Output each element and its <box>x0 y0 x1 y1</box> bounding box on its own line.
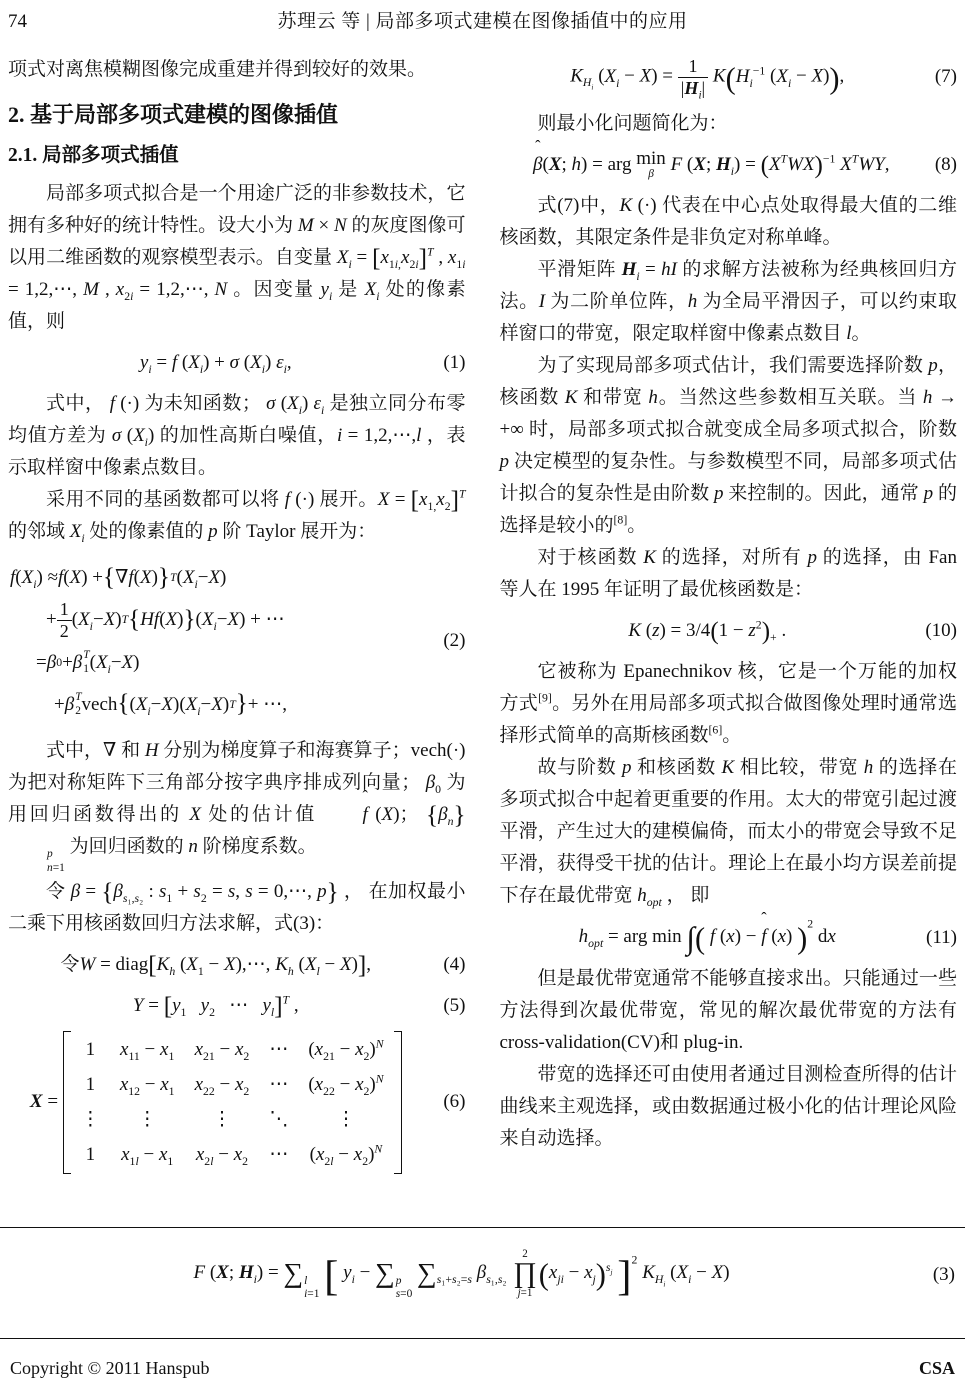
equation-4-number: (4) <box>424 949 466 981</box>
equation-2-line1: f (Xi) ≈ f (X) + {∇f (X)}T (Xi − X) <box>8 557 424 599</box>
footer-rule <box>0 1338 965 1339</box>
paragraph: 局部多项式拟合是一个用途广泛的非参数技术，它拥有多种好的统计特性。设大小为 M … <box>8 178 466 338</box>
matrix-cell: (x22 − x2)N <box>308 1074 383 1096</box>
matrix-cell: ⋯ <box>269 1074 288 1096</box>
equation-3: F (X; Hi) = ∑li=1 [ yi − ∑ps=0 ∑s₁+s₂=s … <box>0 1248 965 1302</box>
two-column-body: 项式对离焦模糊图像完成重建并得到较好的效果。 2. 基于局部多项式建模的图像插值… <box>0 50 965 1183</box>
matrix-right-bracket <box>394 1031 402 1174</box>
paragraph-continuation: 项式对离焦模糊图像完成重建并得到较好的效果。 <box>8 54 466 86</box>
equation-6-number: (6) <box>424 1086 466 1118</box>
bottom-section-rule <box>0 1227 965 1228</box>
equation-5-body: Y = [y1 y2 ⋯ yl]T , <box>8 990 424 1022</box>
equation-2: f (Xi) ≈ f (X) + {∇f (X)}T (Xi − X) + 12… <box>8 557 466 726</box>
paragraph: 它被称为 Epanechnikov 核，它是一个万能的加权方式[9]。另外在用局… <box>500 656 958 752</box>
matrix-cell: ⋮ <box>138 1109 157 1131</box>
equation-1-body: yi = f (Xi) + σ (Xi) εi, <box>8 347 424 379</box>
equation-2-line2: + 12(Xi − X)T {Hf (X)}(Xi − X) + ⋯ <box>8 599 424 642</box>
matrix-cell: 1 <box>86 1039 96 1061</box>
footer: Copyright © 2011 Hanspub CSA <box>0 1352 965 1384</box>
paragraph: 采用不同的基函数都可以将 f (·) 展开。X = [x1,x2]T 的邻域 X… <box>8 484 466 548</box>
equation-11: hopt = arg min ∫( f (x) − ˆf (x) )2 dx (… <box>500 921 958 954</box>
paragraph: 带宽的选择还可由使用者通过目测检查所得的估计曲线来主观选择，或由数据通过极小化的… <box>500 1059 958 1155</box>
matrix-cell: ⋱ <box>269 1109 288 1131</box>
equation-7-number: (7) <box>915 61 957 93</box>
paragraph: 则最小化问题简化为： <box>500 108 958 140</box>
equation-2-line3: =β0 + βT1 (Xi − X) <box>8 642 424 684</box>
equation-8-number: (8) <box>923 149 957 181</box>
equation-8: ˆβ(X; h) = arg minβ F (X; Hi) = (XTWX)−1… <box>500 149 958 181</box>
equation-7: KHi (Xi − X) = 1|Hi| K(Hi−1 (Xi − X)), (… <box>500 56 958 99</box>
paragraph: 平滑矩阵 Hi = hI 的求解方法被称为经典核回归方法。I 为二阶单位阵，h … <box>500 254 958 350</box>
matrix-cell: (x21 − x2)N <box>308 1039 383 1061</box>
matrix-cell: ⋯ <box>269 1039 288 1061</box>
matrix-cell: ⋯ <box>269 1144 288 1166</box>
equation-1: yi = f (Xi) + σ (Xi) εi, (1) <box>8 347 466 379</box>
equation-7-body: KHi (Xi − X) = 1|Hi| K(Hi−1 (Xi − X)), <box>500 56 916 99</box>
equation-10-number: (10) <box>915 615 957 647</box>
running-title: 苏理云 等 | 局部多项式建模在图像插值中的应用 <box>0 6 965 38</box>
equation-5-number: (5) <box>424 990 466 1022</box>
equation-2-body: f (Xi) ≈ f (X) + {∇f (X)}T (Xi − X) + 12… <box>8 557 424 726</box>
paragraph: 式中， f (·) 为未知函数； σ (Xi) εi 是独立同分布零均值方差为 … <box>8 388 466 484</box>
page-number: 74 <box>8 6 27 38</box>
matrix-cell: (x2l − x2)N <box>310 1144 383 1166</box>
equation-6-body: X = 1x11 − x1x21 − x2⋯(x21 − x2)N1x12 − … <box>8 1031 424 1174</box>
equation-2-number: (2) <box>424 625 466 657</box>
equation-5: Y = [y1 y2 ⋯ yl]T , (5) <box>8 990 466 1022</box>
equation-6-lhs: X = <box>30 1090 58 1111</box>
matrix-cell: x22 − x2 <box>195 1074 250 1096</box>
matrix-cell: 1 <box>86 1074 96 1096</box>
left-column: 项式对离焦模糊图像完成重建并得到较好的效果。 2. 基于局部多项式建模的图像插值… <box>8 54 466 1183</box>
equation-3-body: F (X; Hi) = ∑li=1 [ yi − ∑ps=0 ∑s₁+s₂=s … <box>10 1248 913 1302</box>
equation-4: 令W = diag[Kh (X1 − X),⋯, Kh (Xl − X)], (… <box>8 949 466 981</box>
paper-page: 74 苏理云 等 | 局部多项式建模在图像插值中的应用 项式对离焦模糊图像完成重… <box>0 0 965 1386</box>
equation-10-body: K (z) = 3/4(1 − z2)+ . <box>500 615 916 647</box>
section-heading-2-1: 2.1. 局部多项式插值 <box>8 142 466 170</box>
matrix-left-bracket <box>63 1031 71 1174</box>
equation-6: X = 1x11 − x1x21 − x2⋯(x21 − x2)N1x12 − … <box>8 1031 466 1174</box>
equation-4-body: 令W = diag[Kh (X1 − X),⋯, Kh (Xl − X)], <box>8 949 424 981</box>
running-header: 74 苏理云 等 | 局部多项式建模在图像插值中的应用 <box>0 0 965 50</box>
footer-copyright: Copyright © 2011 Hanspub <box>10 1352 210 1384</box>
paragraph: 式中，∇ 和 H 分别为梯度算子和海赛算子；vech(·) 为把对称矩阵下三角部… <box>8 735 466 876</box>
equation-1-number: (1) <box>424 347 466 379</box>
footer-csa-label: CSA <box>919 1352 955 1384</box>
matrix-cell: x2l − x2 <box>196 1144 248 1166</box>
right-column: KHi (Xi − X) = 1|Hi| K(Hi−1 (Xi − X)), (… <box>500 54 958 1183</box>
paragraph: 式(7)中，K (·) 代表在中心点处取得最大值的二维核函数，其限定条件是非负定… <box>500 190 958 254</box>
equation-2-line4: + βT2 vech{(Xi − X)(Xi − X)T} + ⋯, <box>8 684 424 726</box>
matrix-cell: ⋮ <box>81 1109 100 1131</box>
paragraph: 为了实现局部多项式估计，我们需要选择阶数 p，核函数 K 和带宽 h。当然这些参… <box>500 350 958 542</box>
equation-3-number: (3) <box>913 1259 955 1291</box>
matrix-cell: x1l − x1 <box>121 1144 173 1166</box>
matrix-cell: ⋮ <box>336 1109 355 1131</box>
equation-11-body: hopt = arg min ∫( f (x) − ˆf (x) )2 dx <box>500 921 916 954</box>
equation-11-number: (11) <box>915 922 957 954</box>
paragraph: 但是最优带宽通常不能够直接求出。只能通过一些方法得到次最优带宽，常见的解次最优带… <box>500 963 958 1059</box>
paragraph: 令 β = {βs₁,s₂ : s1 + s2 = s, s = 0,⋯, p}… <box>8 876 466 940</box>
matrix-cells: 1x11 − x1x21 − x2⋯(x21 − x2)N1x12 − x1x2… <box>77 1031 388 1174</box>
equation-8-body: ˆβ(X; h) = arg minβ F (X; Hi) = (XTWX)−1… <box>500 149 924 181</box>
matrix-cell: x11 − x1 <box>120 1039 174 1061</box>
matrix-cell: ⋮ <box>212 1109 231 1131</box>
equation-10: K (z) = 3/4(1 − z2)+ . (10) <box>500 615 958 647</box>
matrix-cell: x21 − x2 <box>195 1039 250 1061</box>
matrix-cell: 1 <box>86 1144 96 1166</box>
section-heading-2: 2. 基于局部多项式建模的图像插值 <box>8 100 466 130</box>
design-matrix: 1x11 − x1x21 − x2⋯(x21 − x2)N1x12 − x1x2… <box>63 1031 402 1174</box>
paragraph: 故与阶数 p 和核函数 K 相比较，带宽 h 的选择在多项式拟合中起着更重要的作… <box>500 752 958 912</box>
matrix-cell: x12 − x1 <box>120 1074 175 1096</box>
paragraph: 对于核函数 K 的选择，对所有 p 的选择，由 Fan 等人在 1995 年证明… <box>500 542 958 606</box>
